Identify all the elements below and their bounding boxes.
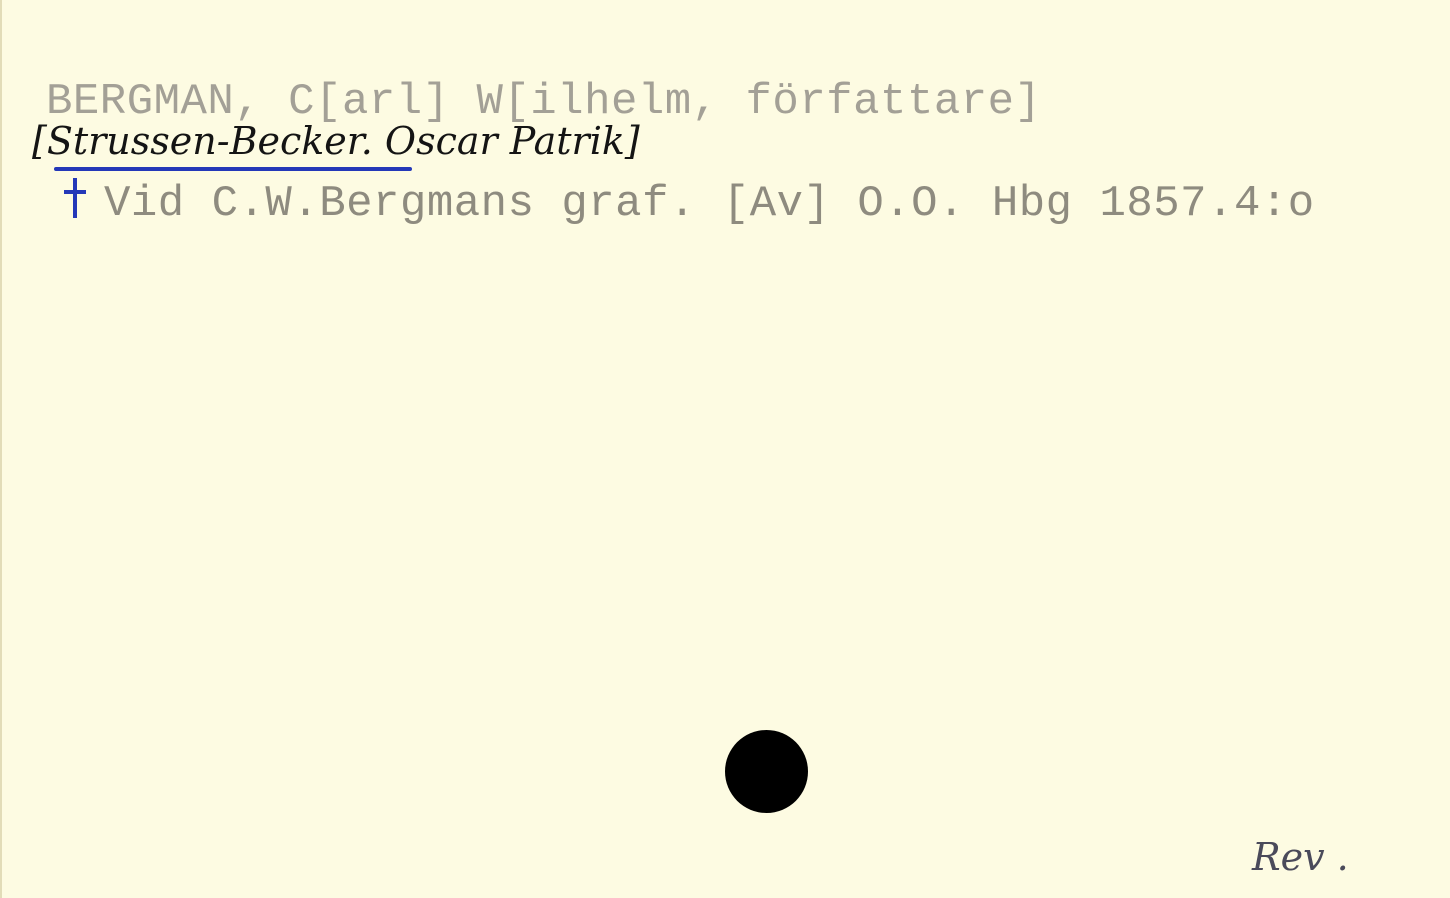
reviewer-mark: Rev . [1252,838,1349,876]
card-heading: BERGMAN, C[arl] W[ilhelm, författare] [46,80,1041,124]
blue-underline [54,167,412,171]
punch-hole [725,730,808,813]
cross-icon [62,178,88,220]
handwritten-author-note: [Strussen-Becker. Oscar Patrik] [32,122,640,160]
catalog-card: BERGMAN, C[arl] W[ilhelm, författare] [S… [0,0,1450,898]
card-title-entry: Vid C.W.Bergmans graf. [Av] O.O. Hbg 185… [104,182,1315,226]
